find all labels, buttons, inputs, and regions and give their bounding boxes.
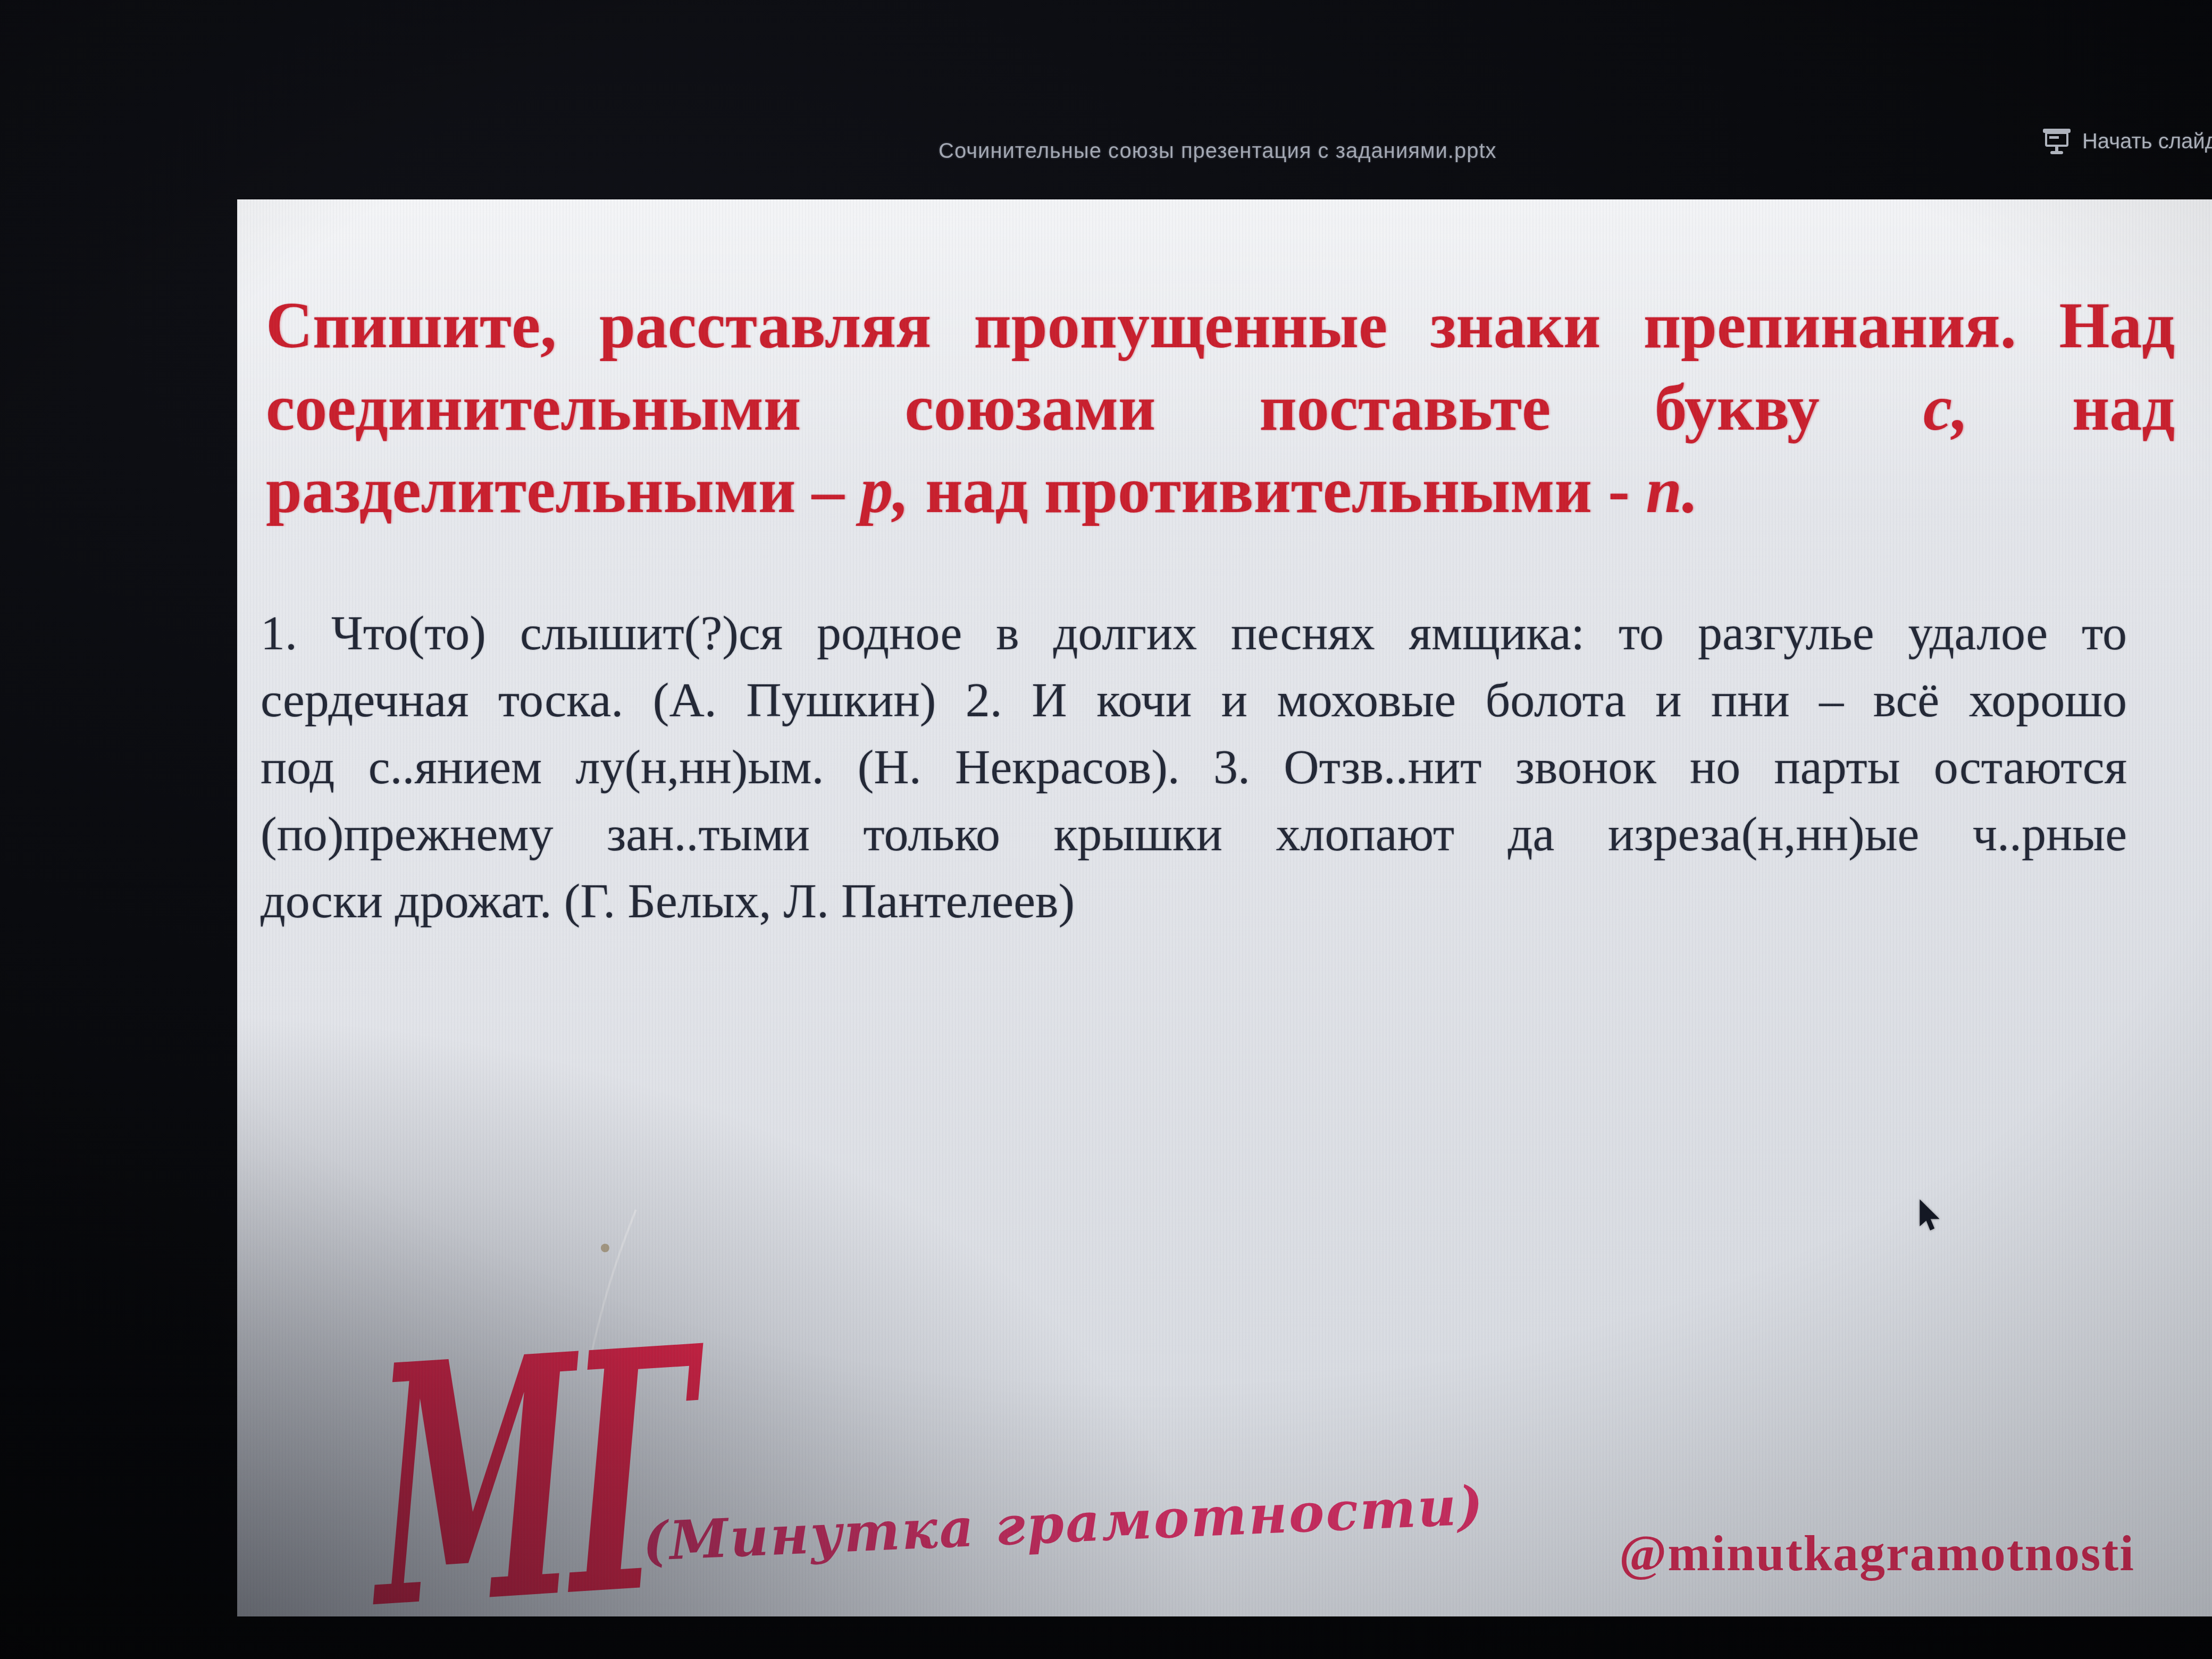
text-line: под с..янием лу(н,нн)ым. (Н. Некрасов). … xyxy=(261,733,2127,800)
logo-subtitle: (Минутка грамотности) xyxy=(641,1473,1486,1574)
text-line: соединительными союзами поставьте букву … xyxy=(266,367,2175,449)
start-slideshow-button[interactable]: Начать слайд xyxy=(2042,128,2212,155)
presentation-screen-icon xyxy=(2042,128,2072,155)
slide-body-text: 1. Что(то) слышит(?)ся родное в долгих п… xyxy=(261,599,2127,934)
text-line: Спишите, расставляя пропущенные знаки пр… xyxy=(266,284,2175,367)
text-line: 1. Что(то) слышит(?)ся родное в долгих п… xyxy=(261,599,2127,666)
text-line: доски дрожат. (Г. Белых, Л. Пантелеев) xyxy=(261,867,2127,934)
start-slideshow-label: Начать слайд xyxy=(2082,130,2212,154)
screen-photo: Сочинительные союзы презентация с задани… xyxy=(0,0,2212,1659)
social-handle: @minutkagramotnosti xyxy=(1619,1523,2135,1582)
slide-title: Спишите, расставляя пропущенные знаки пр… xyxy=(266,284,2175,532)
text-line: (по)прежнему зан..тыми только крышки хло… xyxy=(261,800,2127,867)
text-line: сердечная тоска. (А. Пушкин) 2. И кочи и… xyxy=(261,666,2127,733)
slide: Спишите, расставляя пропущенные знаки пр… xyxy=(237,199,2212,1616)
presentation-filename: Сочинительные союзы презентация с задани… xyxy=(939,139,1497,163)
text-line: разделительными – р, над противительными… xyxy=(266,449,2175,532)
